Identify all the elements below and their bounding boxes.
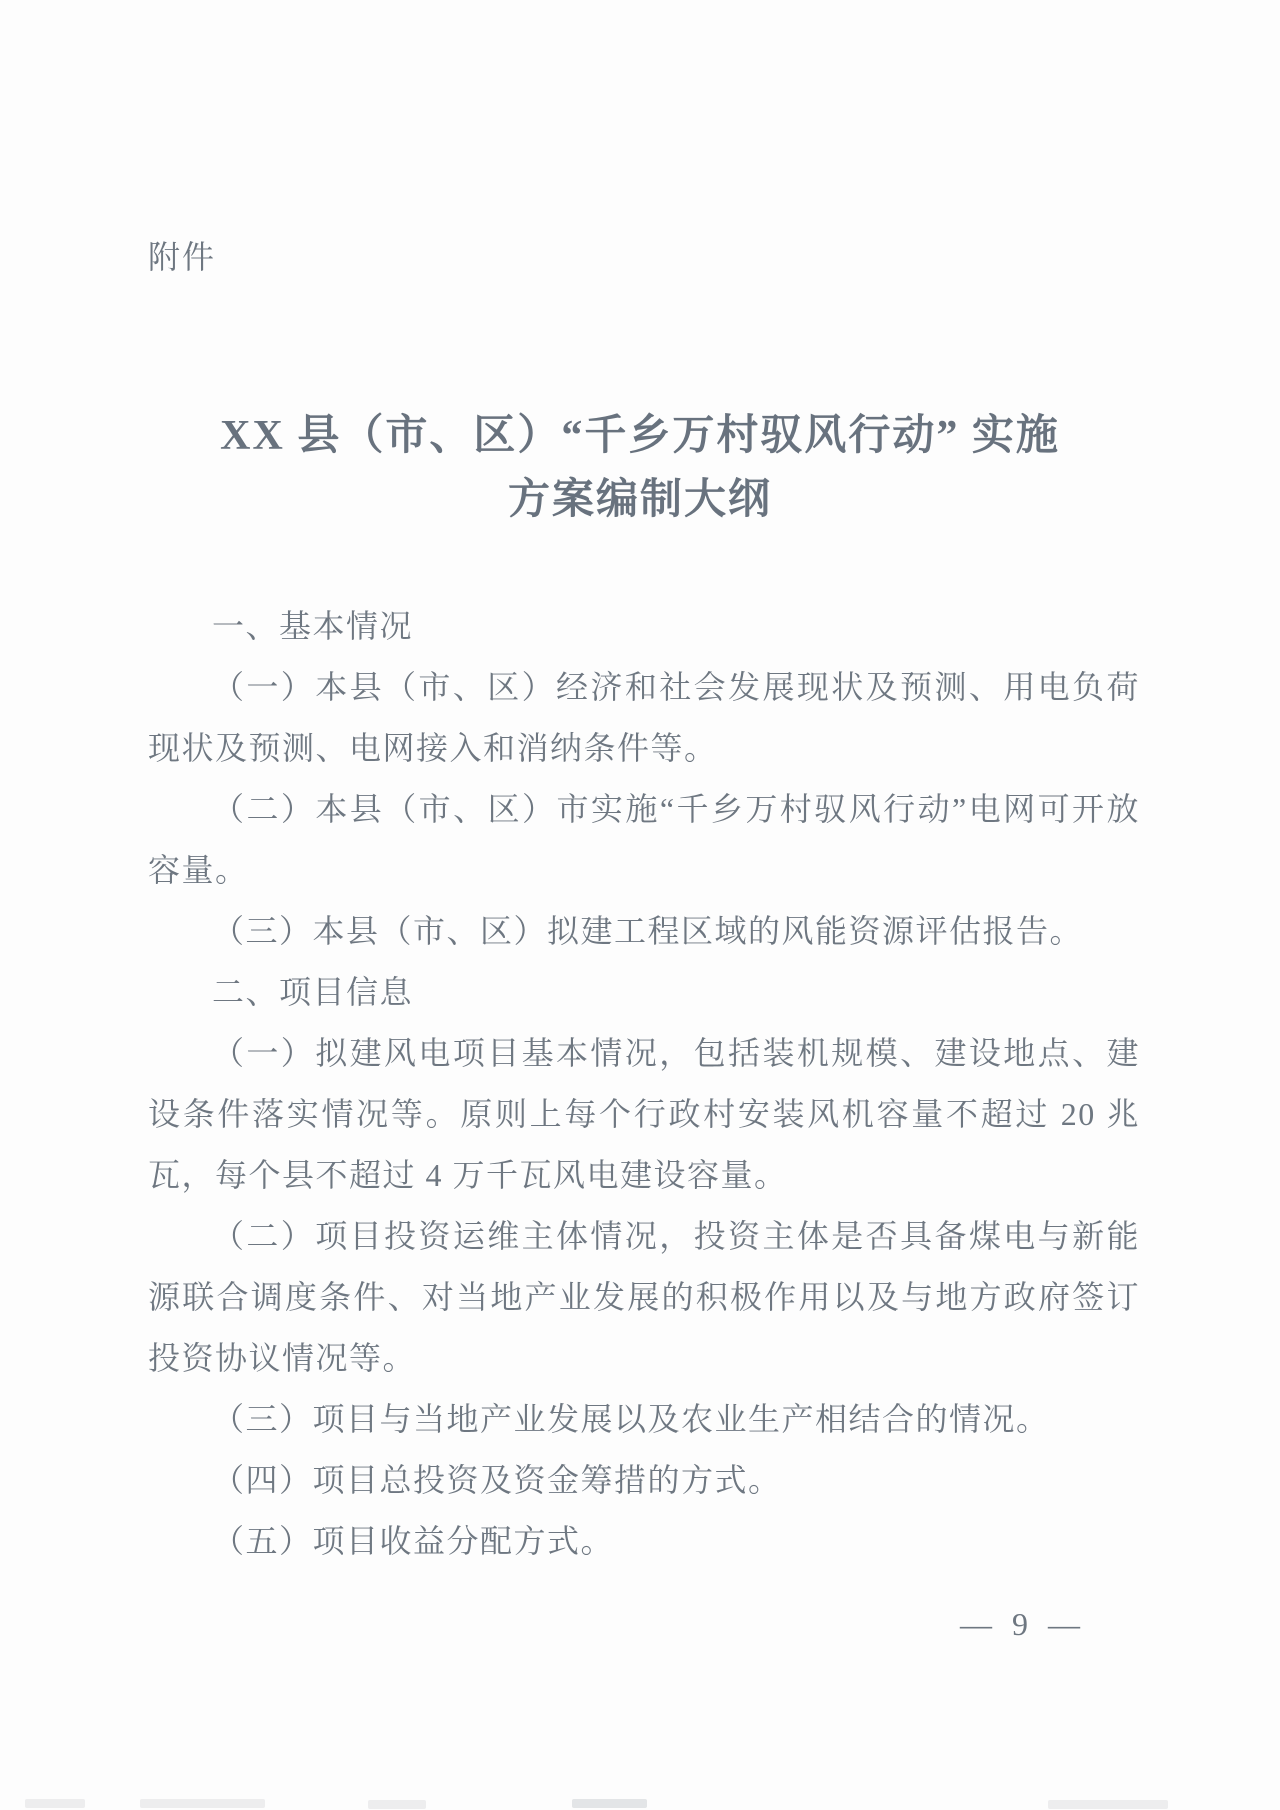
document-page: 附件 XX 县（市、区）“千乡万村驭风行动” 实施 方案编制大纲 一、基本情况 …	[0, 0, 1280, 1810]
body-paragraph: （三）项目与当地产业发展以及农业生产相结合的情况。	[148, 1389, 1140, 1450]
scan-artifact	[1048, 1800, 1168, 1809]
body-paragraph: （一）拟建风电项目基本情况，包括装机规模、建设地点、建设条件落实情况等。原则上每…	[148, 1023, 1140, 1206]
body-paragraph: （五）项目收益分配方式。	[148, 1511, 1140, 1572]
body-paragraph: （二）项目投资运维主体情况，投资主体是否具备煤电与新能源联合调度条件、对当地产业…	[148, 1206, 1140, 1389]
body-paragraph: （一）本县（市、区）经济和社会发展现状及预测、用电负荷现状及预测、电网接入和消纳…	[148, 657, 1140, 779]
section-heading-project-info: 二、项目信息	[148, 962, 1140, 1023]
body-paragraph: （二）本县（市、区）市实施“千乡万村驭风行动”电网可开放容量。	[148, 779, 1140, 901]
scan-artifact	[572, 1799, 647, 1808]
scan-artifact	[25, 1799, 85, 1808]
section-heading-basic-info: 一、基本情况	[148, 596, 1140, 657]
body-paragraph: （三）本县（市、区）拟建工程区域的风能资源评估报告。	[148, 901, 1140, 962]
document-title: XX 县（市、区）“千乡万村驭风行动” 实施 方案编制大纲	[0, 404, 1280, 532]
document-title-line1: XX 县（市、区）“千乡万村驭风行动” 实施	[0, 404, 1280, 468]
page-number: — 9 —	[960, 1606, 1086, 1643]
document-title-line2: 方案编制大纲	[0, 468, 1280, 532]
body-paragraph: （四）项目总投资及资金筹措的方式。	[148, 1450, 1140, 1511]
scan-artifact	[368, 1800, 426, 1809]
attachment-label: 附件	[148, 232, 216, 278]
document-body: 一、基本情况 （一）本县（市、区）经济和社会发展现状及预测、用电负荷现状及预测、…	[148, 596, 1140, 1572]
scan-artifact	[140, 1799, 265, 1808]
